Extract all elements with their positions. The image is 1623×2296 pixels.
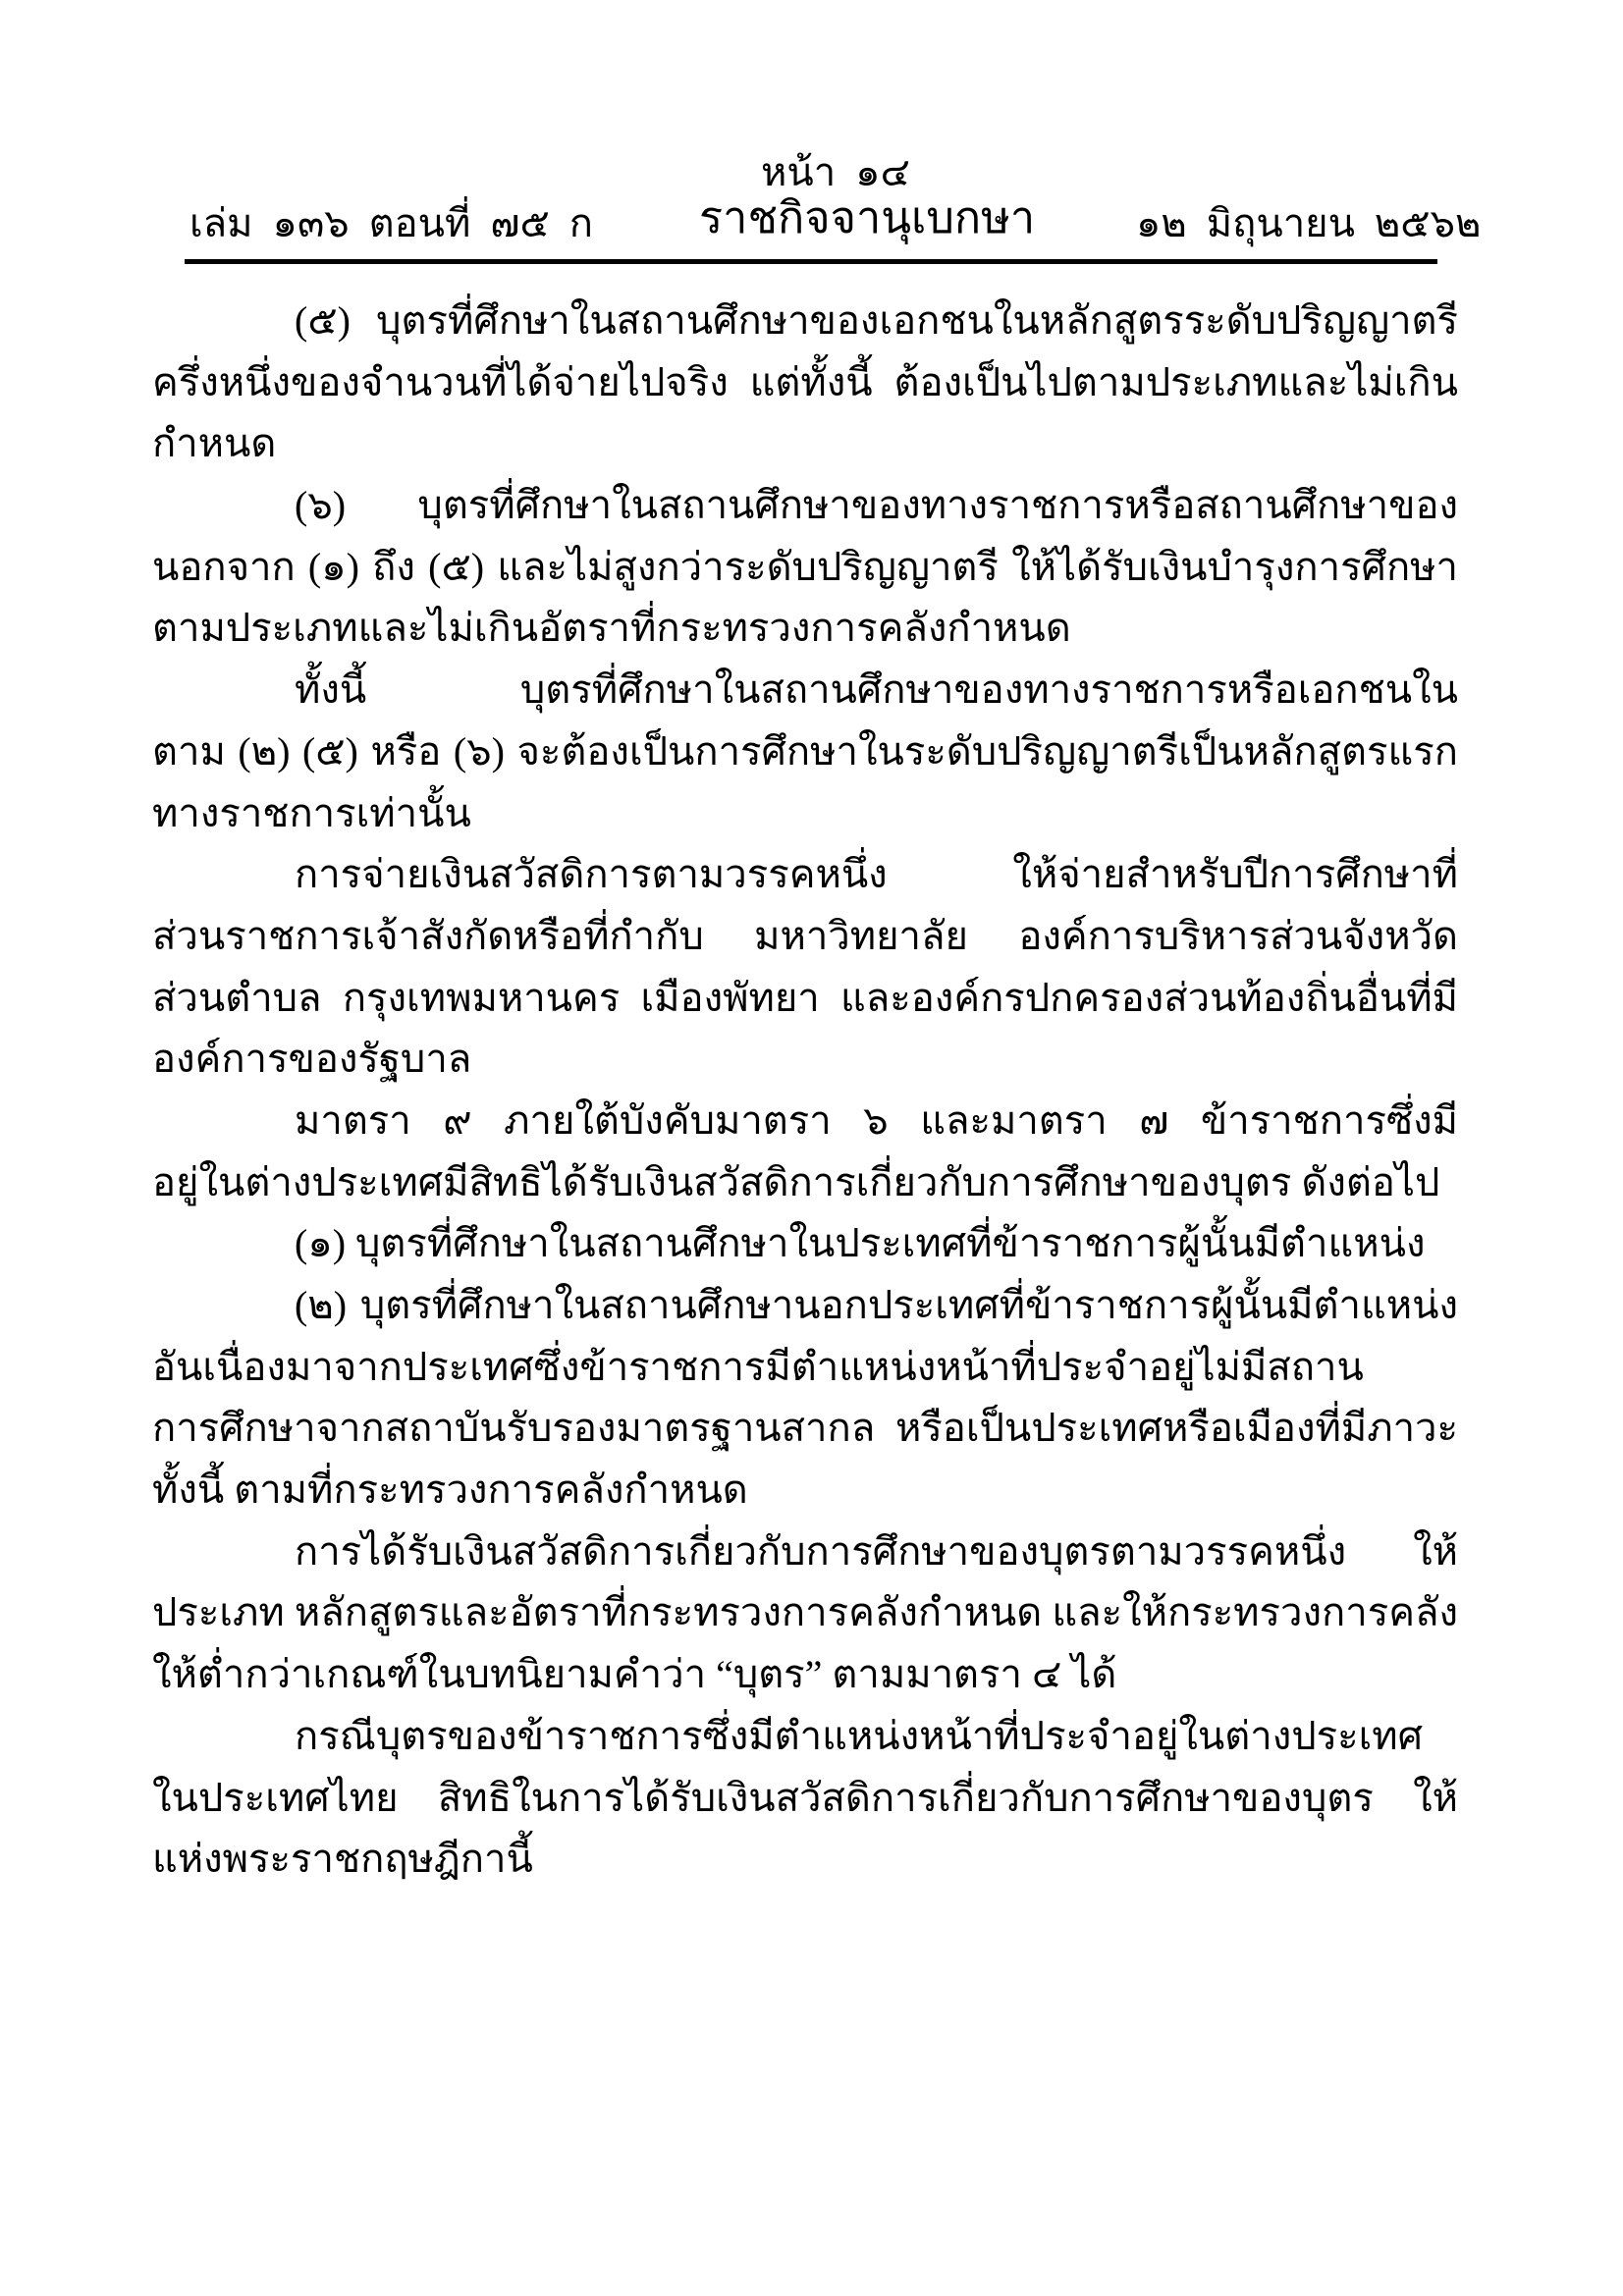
document-line: ตาม (๒) (๕) หรือ (๖) จะต้องเป็นการศึกษาใ… — [152, 721, 1458, 783]
document-line: อยู่ในต่างประเทศมีสิทธิได้รับเงินสวัสดิก… — [152, 1152, 1458, 1214]
paragraph: (๒) บุตรที่ศึกษาในสถานศึกษานอกประเทศที่ข… — [152, 1275, 1458, 1522]
paragraph: การได้รับเงินสวัสดิการเกี่ยวกับการศึกษาข… — [152, 1522, 1458, 1706]
header-page-number: หน้า ๑๔ — [761, 147, 910, 198]
paragraph: การจ่ายเงินสวัสดิการตามวรรคหนึ่ง ให้จ่าย… — [152, 844, 1458, 1091]
document-line: ให้ต่ำกว่าเกณฑ์ในบทนิยามคำว่า “บุตร” ตาม… — [152, 1644, 1458, 1706]
paragraph: (๑) บุตรที่ศึกษาในสถานศึกษาในประเทศที่ข้… — [152, 1213, 1458, 1275]
document-body: (๕) บุตรที่ศึกษาในสถานศึกษาของเอกชนในหลั… — [152, 291, 1458, 1891]
document-line: (๕) บุตรที่ศึกษาในสถานศึกษาของเอกชนในหลั… — [152, 291, 1458, 352]
document-line: ประเภท หลักสูตรและอัตราที่กระทรวงการคลัง… — [152, 1582, 1458, 1644]
document-line: ตามประเภทและไม่เกินอัตราที่กระทรวงการคลั… — [152, 598, 1458, 660]
document-line: การได้รับเงินสวัสดิการเกี่ยวกับการศึกษาข… — [152, 1522, 1458, 1583]
header-divider-rule — [185, 259, 1437, 264]
paragraph: (๖) บุตรที่ศึกษาในสถานศึกษาของทางราชการห… — [152, 475, 1458, 660]
header-volume-info: เล่ม ๑๓๖ ตอนที่ ๗๕ ก — [189, 198, 593, 249]
document-line: ครึ่งหนึ่งของจำนวนที่ได้จ่ายไปจริง แต่ทั… — [152, 352, 1458, 414]
header-publication-date: ๑๒ มิถุนายน ๒๕๖๒ — [1136, 198, 1481, 249]
document-line: ส่วนตำบล กรุงเทพมหานคร เมืองพัทยา และองค… — [152, 968, 1458, 1030]
gazette-page: หน้า ๑๔ เล่ม ๑๓๖ ตอนที่ ๗๕ ก ราชกิจจานุเ… — [0, 0, 1623, 2296]
document-line: มาตรา ๙ ภายใต้บังคับมาตรา ๖ และมาตรา ๗ ข… — [152, 1091, 1458, 1152]
document-line: การจ่ายเงินสวัสดิการตามวรรคหนึ่ง ให้จ่าย… — [152, 844, 1458, 906]
paragraph: ทั้งนี้ บุตรที่ศึกษาในสถานศึกษาของทางราช… — [152, 660, 1458, 844]
document-line: อันเนื่องมาจากประเทศซึ่งข้าราชการมีตำแหน… — [152, 1337, 1458, 1399]
document-line: ทั้งนี้ บุตรที่ศึกษาในสถานศึกษาของทางราช… — [152, 660, 1458, 721]
document-line: ทั้งนี้ ตามที่กระทรวงการคลังกำหนด — [152, 1460, 1458, 1522]
document-line: ส่วนราชการเจ้าสังกัดหรือที่กำกับ มหาวิทย… — [152, 906, 1458, 968]
paragraph: มาตรา ๙ ภายใต้บังคับมาตรา ๖ และมาตรา ๗ ข… — [152, 1091, 1458, 1213]
document-line: แห่งพระราชกฤษฎีกานี้ — [152, 1829, 1458, 1891]
document-line: ทางราชการเท่านั้น — [152, 783, 1458, 845]
document-line: ในประเทศไทย สิทธิในการได้รับเงินสวัสดิกา… — [152, 1768, 1458, 1830]
document-line: การศึกษาจากสถาบันรับรองมาตรฐานสากล หรือเ… — [152, 1398, 1458, 1460]
document-line: (๒) บุตรที่ศึกษาในสถานศึกษานอกประเทศที่ข… — [152, 1275, 1458, 1337]
document-line: องค์การของรัฐบาล — [152, 1029, 1458, 1091]
paragraph: (๕) บุตรที่ศึกษาในสถานศึกษาของเอกชนในหลั… — [152, 291, 1458, 475]
document-line: (๑) บุตรที่ศึกษาในสถานศึกษาในประเทศที่ข้… — [152, 1213, 1458, 1275]
document-line: กรณีบุตรของข้าราชการซึ่งมีตำแหน่งหน้าที่… — [152, 1706, 1458, 1768]
document-line: (๖) บุตรที่ศึกษาในสถานศึกษาของทางราชการห… — [152, 475, 1458, 537]
header-gazette-title: ราชกิจจานุเบกษา — [699, 192, 1035, 243]
document-line: กำหนด — [152, 413, 1458, 475]
paragraph: กรณีบุตรของข้าราชการซึ่งมีตำแหน่งหน้าที่… — [152, 1706, 1458, 1891]
document-line: นอกจาก (๑) ถึง (๕) และไม่สูงกว่าระดับปริ… — [152, 537, 1458, 599]
